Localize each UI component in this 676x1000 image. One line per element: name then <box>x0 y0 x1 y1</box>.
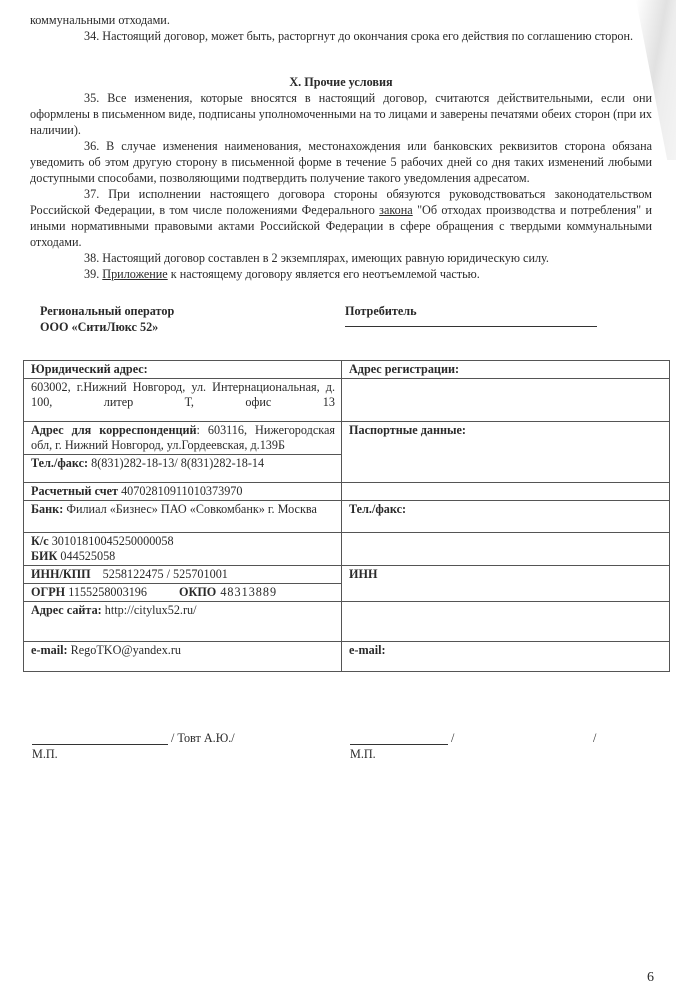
legal-address-label: Юридический адрес: <box>31 362 148 376</box>
operator-title: Региональный оператор <box>40 303 174 319</box>
okpo-label: ОКПО <box>147 585 216 599</box>
consumer-inn-label: ИНН <box>349 567 377 581</box>
law-link[interactable]: закона <box>379 203 413 217</box>
bik-value: 044525058 <box>57 549 115 563</box>
consumer-email-cell: e-mail: <box>342 642 670 672</box>
ks-bik-cell: К/с 30101810045250000058 БИК 044525058 <box>24 533 342 566</box>
section-other-conditions: X. Прочие условия 35. Все изменения, кот… <box>30 74 652 282</box>
paragraph-34: 34. Настоящий договор, может быть, расто… <box>30 28 652 44</box>
bank-cell: Банк: Филиал «Бизнес» ПАО «Совкомбанк» г… <box>24 501 342 533</box>
paragraph-36: 36. В случае изменения наименования, мес… <box>30 138 652 186</box>
requisites-table: Юридический адрес: Адрес регистрации: 60… <box>23 360 670 672</box>
reg-address-value-cell <box>342 379 670 422</box>
legal-address-label-cell: Юридический адрес: <box>24 361 342 379</box>
page-number: 6 <box>647 970 654 986</box>
passport-cell: Паспортные данные: <box>342 422 670 483</box>
empty-cell-2 <box>342 533 670 566</box>
bank-label: Банк: <box>31 502 63 516</box>
bank-value: Филиал «Бизнес» ПАО «Совкомбанк» г. Моск… <box>63 502 317 516</box>
operator-phone-value: 8(831)282-18-13/ 8(831)282-18-14 <box>88 456 264 470</box>
appendix-link[interactable]: Приложение <box>102 267 167 281</box>
operator-email-label: e-mail: <box>31 643 68 657</box>
site-link[interactable]: http://citylux52.ru/ <box>102 603 197 617</box>
inn-kpp-label: ИНН/КПП <box>31 567 91 581</box>
operator-party: Региональный оператор ООО «СитиЛюкс 52» <box>40 303 174 335</box>
passport-label: Паспортные данные: <box>349 423 466 437</box>
reg-address-label-cell: Адрес регистрации: <box>342 361 670 379</box>
ks-value: 30101810045250000058 <box>49 534 174 548</box>
operator-email-value[interactable]: RegoTKO@yandex.ru <box>68 643 181 657</box>
ogrn-okpo-cell: ОГРН 1155258003196ОКПО 48313889 <box>24 584 342 602</box>
correspondence-label: Адрес для корреспонденций <box>31 423 197 437</box>
legal-address-value: 603002, г.Нижний Новгород, ул. Интернаци… <box>31 380 335 410</box>
operator-signature-line <box>32 744 168 745</box>
paragraph-33-tail: коммунальными отходами. <box>30 12 652 28</box>
okpo-value: 48313889 <box>216 585 277 599</box>
consumer-name-line <box>345 326 597 327</box>
paragraph-35: 35. Все изменения, которые вносятся в на… <box>30 90 652 138</box>
consumer-inn-cell: ИНН <box>342 566 670 602</box>
ks-label: К/с <box>31 534 49 548</box>
operator-email-cell: e-mail: RegoTKO@yandex.ru <box>24 642 342 672</box>
operator-signatory: / Товт А.Ю./ <box>171 731 235 746</box>
paragraph-37: 37. При исполнении настоящего договора с… <box>30 186 652 250</box>
empty-cell-3 <box>342 602 670 642</box>
ogrn-value: 1155258003196 <box>65 585 147 599</box>
ogrn-label: ОГРН <box>31 585 65 599</box>
paragraph-39: 39. Приложение к настоящему договору явл… <box>30 266 652 282</box>
operator-phone-cell: Тел./факс: 8(831)282-18-13/ 8(831)282-18… <box>24 455 342 483</box>
contract-body-top: коммунальными отходами. 34. Настоящий до… <box>30 12 652 44</box>
account-value: 40702810911010373970 <box>118 484 242 498</box>
consumer-party: Потребитель <box>345 303 417 319</box>
legal-address-value-cell: 603002, г.Нижний Новгород, ул. Интернаци… <box>24 379 342 422</box>
consumer-phone-label: Тел./факс: <box>349 502 406 516</box>
inn-kpp-cell: ИНН/КПП5258122475 / 525701001 <box>24 566 342 584</box>
paragraph-39-num: 39. <box>84 267 102 281</box>
paragraph-39-text: к настоящему договору является его неотъ… <box>168 267 480 281</box>
consumer-slash-1: / <box>451 731 454 746</box>
consumer-signature-line <box>350 744 448 745</box>
consumer-email-label: e-mail: <box>349 643 386 657</box>
bik-label: БИК <box>31 549 57 563</box>
operator-name: ООО «СитиЛюкс 52» <box>40 319 174 335</box>
inn-kpp-value: 5258122475 / 525701001 <box>91 567 228 581</box>
empty-cell-1 <box>342 483 670 501</box>
consumer-slash-2: / <box>593 731 596 746</box>
operator-phone-label: Тел./факс: <box>31 456 88 470</box>
account-cell: Расчетный счет 40702810911010373970 <box>24 483 342 501</box>
reg-address-label: Адрес регистрации: <box>349 362 459 376</box>
operator-stamp: М.П. <box>32 747 58 762</box>
correspondence-address-cell: Адрес для корреспонденций: 603116, Нижег… <box>24 422 342 455</box>
section-title: X. Прочие условия <box>30 74 652 90</box>
consumer-phone-cell: Тел./факс: <box>342 501 670 533</box>
paragraph-38: 38. Настоящий договор составлен в 2 экзе… <box>30 250 652 266</box>
site-cell: Адрес сайта: http://citylux52.ru/ <box>24 602 342 642</box>
consumer-stamp: М.П. <box>350 747 376 762</box>
consumer-title: Потребитель <box>345 303 417 319</box>
site-label: Адрес сайта: <box>31 603 102 617</box>
account-label: Расчетный счет <box>31 484 118 498</box>
